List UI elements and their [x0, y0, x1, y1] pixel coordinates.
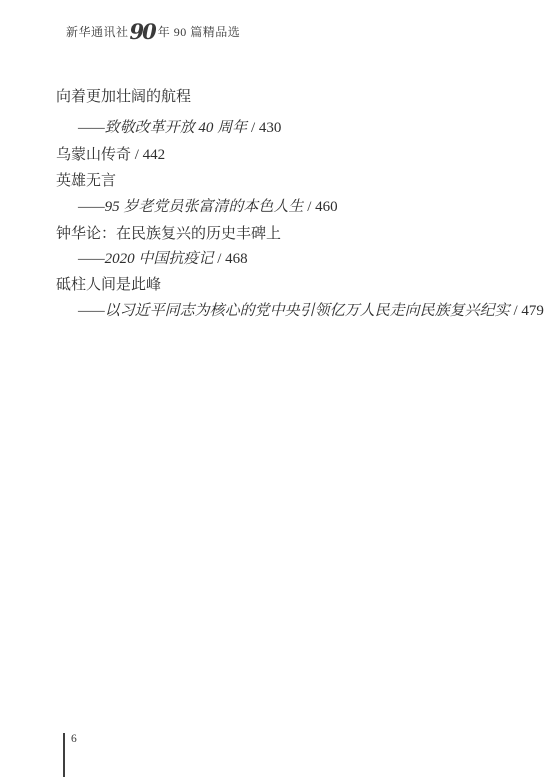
toc-entry-page: / 468 — [213, 251, 247, 267]
toc-entry-page: / 430 — [247, 120, 281, 136]
toc-entry-text: 乌蒙山传奇 — [56, 147, 131, 163]
toc-entry: 钟华论：在民族复兴的历史丰碑上 — [56, 224, 281, 244]
toc-entry-page: / 479 — [510, 303, 544, 319]
page-number: 6 — [71, 732, 77, 746]
toc-entry-text: ——以习近平同志为核心的党中央引领亿万人民走向民族复兴纪实 — [78, 303, 510, 319]
toc-entry: ——2020 中国抗疫记 / 468 — [78, 249, 248, 269]
toc-entry: 英雄无言 — [56, 171, 116, 191]
brand-90-logo: 90 — [130, 20, 155, 44]
toc-entry: ——95 岁老党员张富清的本色人生 / 460 — [78, 197, 338, 217]
footer-rule — [63, 733, 65, 777]
toc-entry-text: 钟华论：在民族复兴的历史丰碑上 — [56, 226, 281, 242]
toc-entry: ——致敬改革开放 40 周年 / 430 — [78, 118, 281, 138]
brand-prefix: 新华通讯社 — [66, 20, 129, 44]
toc-entry: 向着更加壮阔的航程 — [56, 87, 191, 107]
toc-entry-page: / 460 — [303, 199, 337, 215]
toc-entry-text: 向着更加壮阔的航程 — [56, 89, 191, 105]
toc-entry: 砥柱人间是此峰 — [56, 275, 161, 295]
toc-entry-text: 砥柱人间是此峰 — [56, 277, 161, 293]
toc-entry: ——以习近平同志为核心的党中央引领亿万人民走向民族复兴纪实 / 479 — [78, 301, 544, 321]
book-page: 新华通讯社 90 年 90 篇精品选 向着更加壮阔的航程 ——致敬改革开放 40… — [0, 0, 553, 777]
toc-entry-text: ——2020 中国抗疫记 — [78, 251, 213, 267]
toc-entry-text: 英雄无言 — [56, 173, 116, 189]
toc-entry-text: ——95 岁老党员张富清的本色人生 — [78, 199, 303, 215]
toc-entry: 乌蒙山传奇 / 442 — [56, 145, 165, 165]
brand-suffix: 年 90 篇精品选 — [158, 20, 241, 44]
toc-entry-text: ——致敬改革开放 40 周年 — [78, 120, 247, 136]
toc-entry-page: / 442 — [131, 147, 165, 163]
running-head: 新华通讯社 90 年 90 篇精品选 — [66, 20, 240, 44]
